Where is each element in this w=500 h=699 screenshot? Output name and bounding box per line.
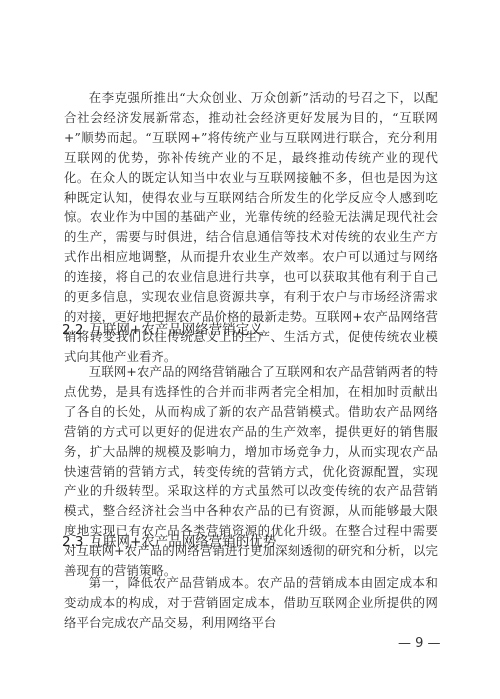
paragraph-advantage-1: 第一，降低农产品营销成本。农产品的营销成本由固定成本和变动成本的构成，对于营销固… — [64, 573, 438, 633]
document-page: 在李克强所推出“大众创业、万众创新”活动的号召之下，以配合社会经济发展新常态，推… — [0, 0, 500, 699]
section-title: 互联网+农产品网络营销定义 — [89, 322, 262, 338]
page-number: — 9 — — [398, 636, 441, 651]
section-heading-2-3: 2.3互联网+农产品网络营销的优势 — [62, 530, 276, 550]
section-number: 2.3 — [62, 534, 83, 550]
section-number: 2.2 — [62, 322, 83, 338]
section-heading-2-2: 2.2互联网+农产品网络营销定义 — [62, 318, 263, 338]
section-title: 互联网+农产品网络营销的优势 — [89, 534, 276, 550]
